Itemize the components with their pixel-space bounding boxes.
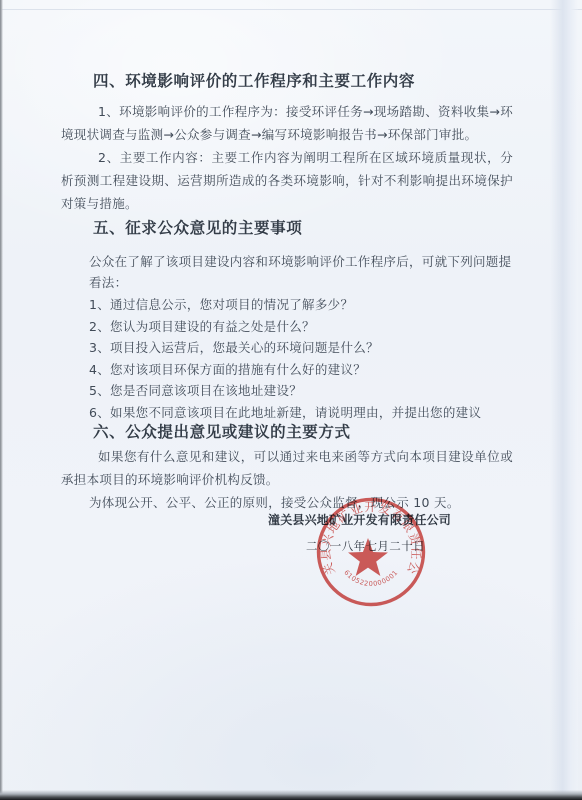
- seal-registration-number: 6105220000001: [342, 569, 399, 588]
- scan-fold-shadow-right: [550, 0, 578, 800]
- scan-edge-top: [0, 9, 582, 10]
- company-seal-stamp: 潼关县兴地矿业开发有限责任公司 6105220000001: [308, 493, 434, 615]
- section5-heading: 五、征求公众意见的主要事项: [93, 219, 513, 237]
- section4-paragraph-2: 2、主要工作内容：主要工作内容为阐明工程所在区域环境质量现状，分析预测工程建设期…: [61, 146, 513, 215]
- public-question-list: 1、通过信息公示，您对项目的情况了解多少？ 2、您认为项目建设的有益之处是什么？…: [61, 294, 513, 423]
- section4-paragraph-1: 1、环境影响评价的工作程序为：接受环评任务→现场踏勘、资料收集→环境现状调查与监…: [61, 100, 513, 146]
- scan-edge-bottom: [0, 790, 582, 800]
- question-item-5: 5、您是否同意该项目在该地址建设？: [89, 380, 513, 402]
- scan-edge-left: [0, 0, 3, 800]
- section4-heading: 四、环境影响评价的工作程序和主要工作内容: [93, 72, 513, 90]
- notice-body: 四、环境影响评价的工作程序和主要工作内容 1、环境影响评价的工作程序为：接受环评…: [61, 72, 513, 513]
- section6-closing: 为体现公开、公平、公正的原则，接受公众监督，现公示 10 天。: [61, 492, 513, 513]
- section6-paragraph-1: 如果您有什么意见和建议，可以通过来电来函等方式向本项目建设单位或承担本项目的环境…: [61, 445, 513, 491]
- scanned-notice-page: 四、环境影响评价的工作程序和主要工作内容 1、环境影响评价的工作程序为：接受环评…: [0, 0, 582, 800]
- section5-intro: 公众在了解了该项目建设内容和环境影响评价工作程序后，可就下列问题提看法：: [61, 251, 513, 293]
- question-item-6: 6、如果您不同意该项目在此地址新建，请说明理由，并提出您的建议: [89, 402, 513, 424]
- section6-heading: 六、公众提出意见或建议的主要方式: [93, 423, 513, 441]
- question-item-2: 2、您认为项目建设的有益之处是什么？: [89, 316, 513, 338]
- question-item-1: 1、通过信息公示，您对项目的情况了解多少？: [89, 294, 513, 316]
- seal-star-icon: [348, 538, 388, 576]
- question-item-3: 3、项目投入运营后，您最关心的环境问题是什么？: [89, 337, 513, 359]
- question-item-4: 4、您对该项目环保方面的措施有什么好的建议？: [89, 359, 513, 381]
